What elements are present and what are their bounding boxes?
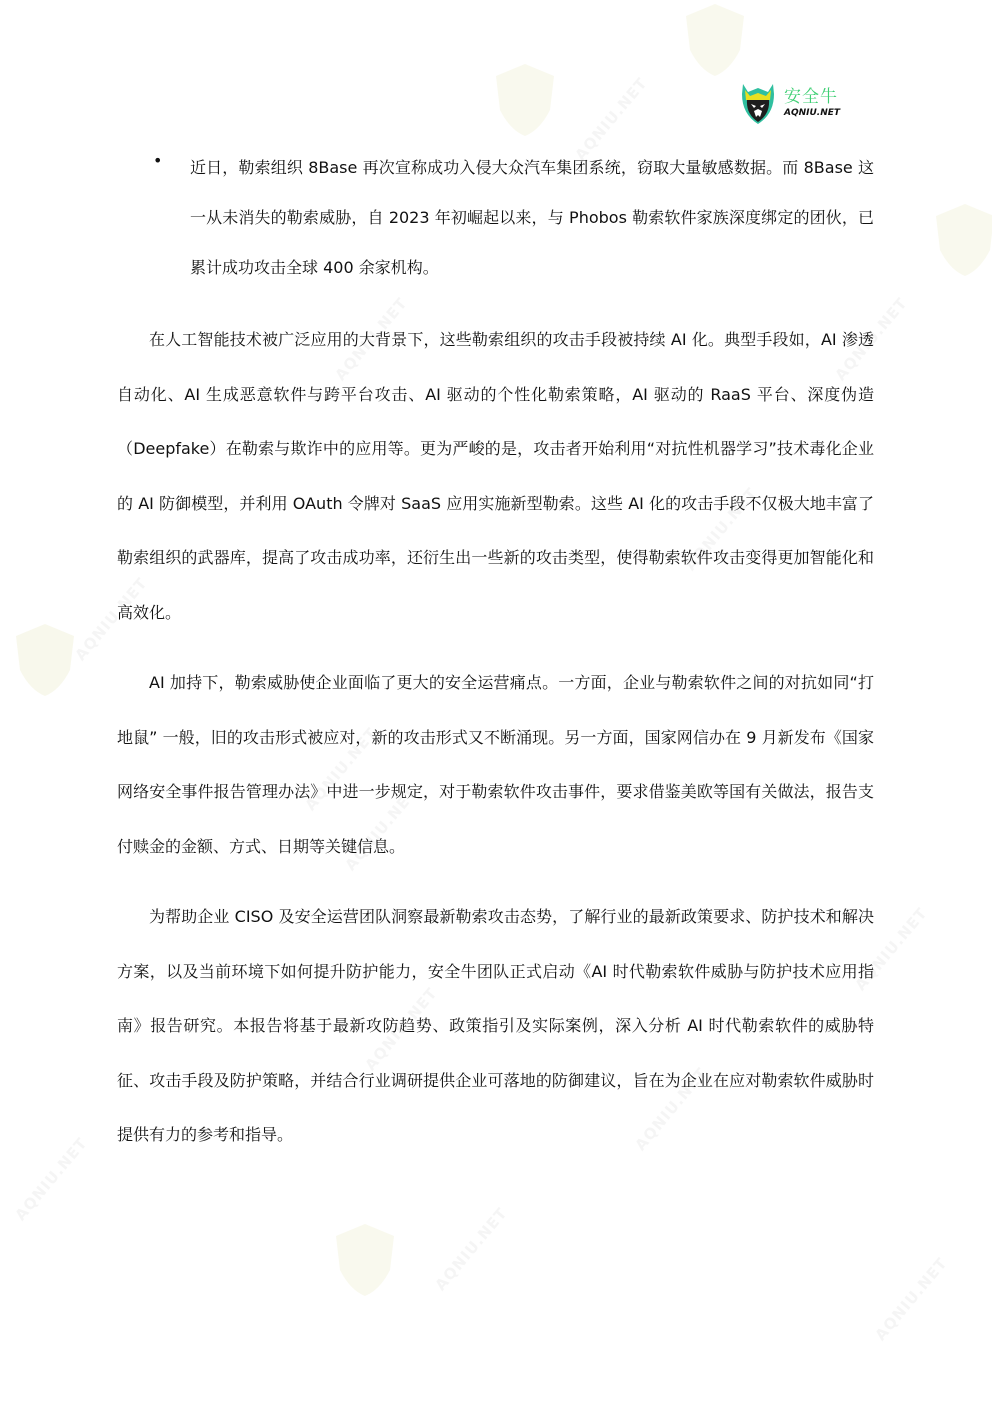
bullet-text: 近日，勒索组织 8Base 再次宣称成功入侵大众汽车集团系统，窃取大量敏感数据。…	[190, 143, 874, 293]
paragraph-text: AI 加持下，勒索威胁使企业面临了更大的安全运营痛点。一方面，企业与勒索软件之间…	[117, 656, 874, 874]
watermark-shield-icon	[330, 1220, 400, 1300]
paragraph-ai-ransomware-techniques: 在人工智能技术被广泛应用的大背景下，这些勒索组织的攻击手段被持续 AI 化。典型…	[117, 313, 874, 640]
watermark-text: AQNIU.NET	[431, 1204, 511, 1294]
paragraph-text: 为帮助企业 CISO 及安全运营团队洞察最新勒索攻击态势，了解行业的最新政策要求…	[117, 890, 874, 1163]
document-page: AQNIU.NET AQNIU.NET AQNIU.NET AQNIU.NET …	[0, 0, 992, 1403]
document-body: • 近日，勒索组织 8Base 再次宣称成功入侵大众汽车集团系统，窃取大量敏感数…	[117, 150, 874, 1163]
brand-name-en: AQNIU.NET	[784, 107, 840, 119]
bullet-item: • 近日，勒索组织 8Base 再次宣称成功入侵大众汽车集团系统，窃取大量敏感数…	[117, 143, 874, 293]
brand-name-cn: 安全牛	[784, 87, 840, 107]
paragraph-operational-pain-points: AI 加持下，勒索威胁使企业面临了更大的安全运营痛点。一方面，企业与勒索软件之间…	[117, 656, 874, 874]
watermark-shield-icon	[490, 60, 560, 140]
watermark-text: AQNIU.NET	[11, 1134, 91, 1224]
watermark-shield-icon	[680, 0, 750, 80]
bullet-marker: •	[153, 143, 162, 179]
bull-shield-logo-icon	[740, 80, 776, 126]
paragraph-report-introduction: 为帮助企业 CISO 及安全运营团队洞察最新勒索攻击态势，了解行业的最新政策要求…	[117, 890, 874, 1163]
watermark-text: AQNIU.NET	[871, 1254, 951, 1344]
brand-logo: 安全牛 AQNIU.NET	[740, 80, 840, 126]
watermark-shield-icon	[10, 620, 80, 700]
paragraph-text: 在人工智能技术被广泛应用的大背景下，这些勒索组织的攻击手段被持续 AI 化。典型…	[117, 313, 874, 640]
watermark-shield-icon	[930, 200, 992, 280]
